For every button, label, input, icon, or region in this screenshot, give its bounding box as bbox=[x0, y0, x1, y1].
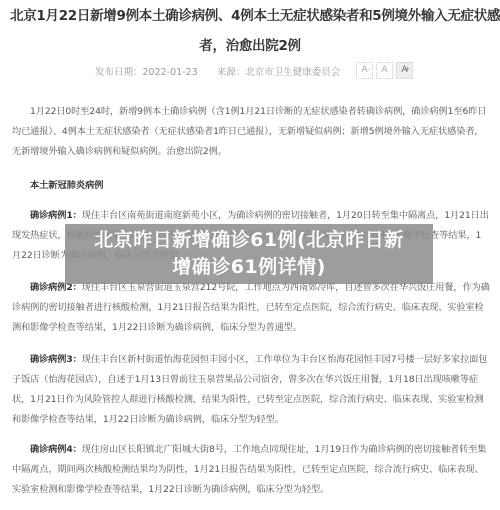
article-title-line1: 北京1月22日新增9例本土确诊病例、4例本土无症状感染者和5例境外输入无症状感染 bbox=[10, 4, 490, 28]
font-size-controls: A- A A+ bbox=[356, 62, 413, 79]
caption-line2: 增确诊61例详情) bbox=[65, 254, 433, 281]
case-label: 确诊病例4： bbox=[30, 444, 82, 455]
case-text: 现住丰台区玉泉营街道玉泉营212号院，工作地点为西南郊冷库，自述曾多次在华兴饭庄… bbox=[12, 282, 490, 333]
source-name: 北京市卫生健康委员会 bbox=[245, 67, 340, 78]
case-paragraph: 确诊病例4：现住房山区长阳镇北广阳城大街8号，工作地点同现住址，1月19日作为确… bbox=[12, 440, 490, 500]
caption-line1: 北京昨日新增确诊61例(北京昨日新 bbox=[65, 227, 433, 254]
font-increase-button[interactable]: A+ bbox=[396, 62, 413, 79]
case-paragraph: 确诊病例2：现住丰台区玉泉营街道玉泉营212号院，工作地点为西南郊冷库，自述曾多… bbox=[12, 278, 490, 338]
font-decrease-button[interactable]: A- bbox=[356, 62, 373, 79]
case-label: 确诊病例1： bbox=[30, 210, 82, 221]
case-text: 现住丰台区新村街道怡海花园恒丰园小区，工作单位为丰台区怡海花园恒丰园7号楼一层好… bbox=[12, 354, 487, 425]
caption-overlay: 北京昨日新增确诊61例(北京昨日新 增确诊61例详情) bbox=[65, 224, 433, 284]
article-title-line2: 者，治愈出院2例 bbox=[10, 34, 490, 58]
section-heading: 本土新冠肺炎病例 bbox=[30, 176, 104, 196]
case-paragraph: 确诊病例3：现住丰台区新村街道怡海花园恒丰园小区，工作单位为丰台区怡海花园恒丰园… bbox=[12, 350, 490, 430]
case-text: 现住房山区长阳镇北广阳城大街8号，工作地点同现住址，1月19日作为确诊病例的密切… bbox=[12, 444, 486, 495]
publish-date: 2022-01-23 bbox=[143, 67, 198, 78]
case-label: 确诊病例3： bbox=[30, 354, 82, 365]
intro-paragraph: 1月22日0时至24时，新增9例本土确诊病例（含1例1月21日诊断的无症状感染者… bbox=[12, 102, 490, 162]
font-default-button[interactable]: A bbox=[376, 62, 393, 79]
date-label: 发布日期： bbox=[95, 67, 143, 78]
article-meta: 发布日期：2022-01-23 来源：北京市卫生健康委员会 bbox=[95, 65, 340, 81]
source-label: 来源： bbox=[217, 67, 246, 78]
